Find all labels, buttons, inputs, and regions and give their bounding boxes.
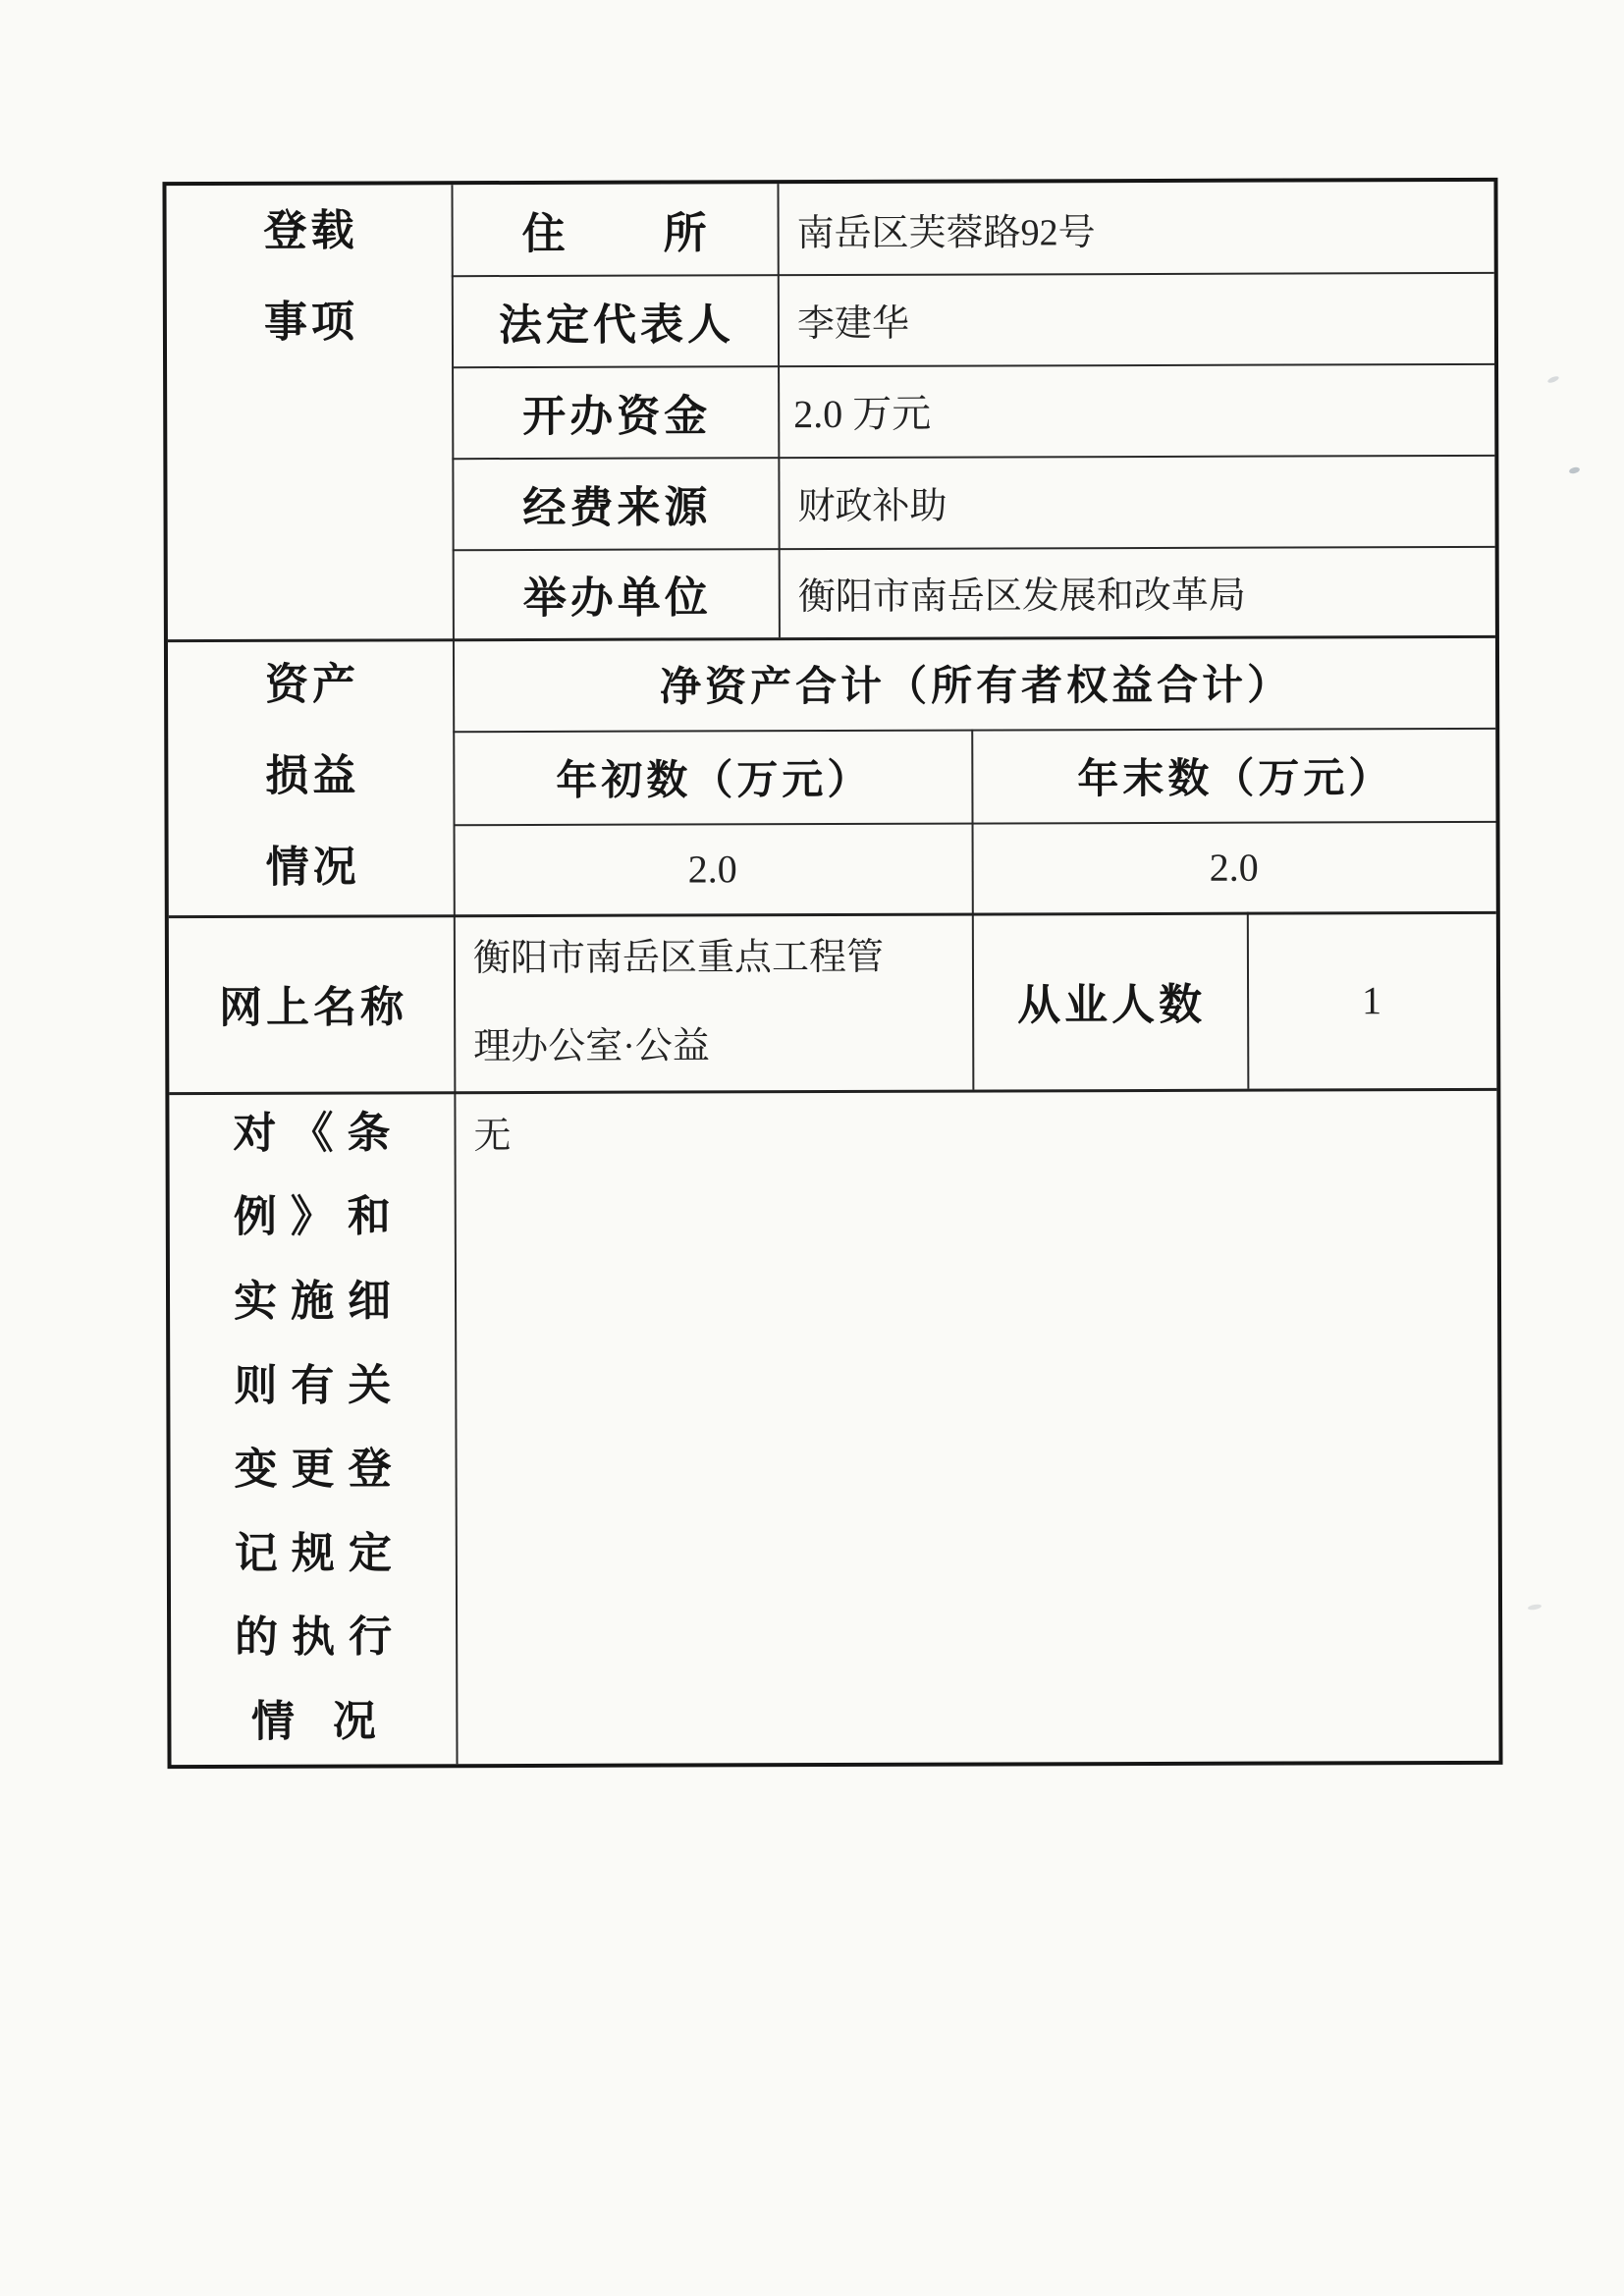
opening-funds-label: 开办资金 [452, 365, 778, 458]
residence-value: 南岳区芙蓉路92号 [777, 182, 1493, 274]
scanned-document-page: 登载 事项 住 所 南岳区芙蓉路92号 法定代表人 李建华 开办资金 2.0 万… [0, 0, 1624, 2296]
scan-artifact [1547, 375, 1560, 384]
legal-representative-value: 李建华 [778, 272, 1494, 365]
registration-section-label-line2: 事项 [260, 301, 358, 344]
start-of-year-value: 2.0 [454, 823, 972, 915]
assets-section-label-line1: 资产 [261, 663, 359, 706]
end-of-year-value: 2.0 [972, 821, 1496, 913]
organizer-label: 举办单位 [453, 548, 779, 638]
compliance-label-line3: 实施细 [220, 1280, 405, 1324]
registration-section-label: 登载 事项 [166, 185, 452, 368]
compliance-section-label: 对《条 例》和 实施细 则有关 变更登 记规定 的执行 情 况 [169, 1091, 456, 1765]
residence-label: 住 所 [451, 184, 777, 275]
funding-source-value: 财政补助 [778, 455, 1494, 548]
registration-section-label-line1: 登载 [260, 209, 358, 252]
scan-artifact [1528, 1604, 1543, 1611]
compliance-label-line8: 情 况 [238, 1700, 390, 1743]
funding-source-label: 经费来源 [452, 457, 778, 549]
end-of-year-header: 年末数（万元） [971, 728, 1495, 823]
staff-count-value: 1 [1247, 911, 1497, 1089]
scan-artifact [1568, 466, 1580, 474]
online-name-label: 网上名称 [169, 914, 455, 1092]
assets-section-label: 资产 损益 情况 [168, 638, 454, 915]
staff-count-label: 从业人数 [972, 912, 1248, 1090]
assets-section-label-line3: 情况 [262, 846, 360, 889]
organizer-value: 衡阳市南岳区发展和改革局 [779, 546, 1495, 637]
compliance-label-line5: 变更登 [221, 1449, 406, 1493]
compliance-label-line2: 例》和 [220, 1196, 405, 1240]
compliance-label-line4: 则有关 [220, 1364, 405, 1408]
online-name-value-line2: 理办公室·公益 [473, 1002, 972, 1092]
compliance-label-line7: 的执行 [221, 1616, 406, 1661]
compliance-value: 无 [454, 1088, 1498, 1764]
online-name-value: 衡阳市南岳区重点工程管 理办公室·公益 [454, 913, 973, 1092]
compliance-label-line1: 对《条 [219, 1112, 404, 1156]
start-of-year-header: 年初数（万元） [453, 730, 971, 825]
online-name-value-line1: 衡阳市南岳区重点工程管 [473, 913, 972, 1004]
compliance-label-line6: 记规定 [221, 1532, 406, 1576]
registration-table: 登载 事项 住 所 南岳区芙蓉路92号 法定代表人 李建华 开办资金 2.0 万… [162, 178, 1502, 1769]
net-assets-header: 净资产合计（所有者权益合计） [453, 635, 1495, 731]
legal-representative-label: 法定代表人 [452, 274, 778, 366]
assets-section-label-line2: 损益 [261, 754, 359, 797]
opening-funds-value: 2.0 万元 [778, 363, 1494, 457]
